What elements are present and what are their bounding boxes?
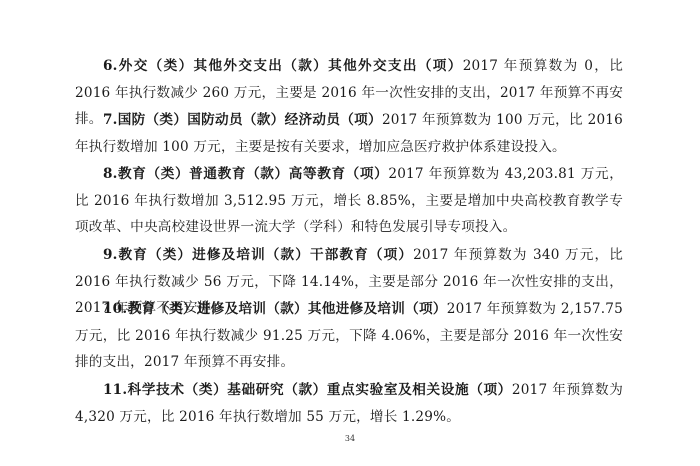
- paragraph-item-10: 10.教育（类）进修及培训（款）其他进修及培训（项）2017 年预算数为 2,1…: [75, 296, 623, 376]
- paragraph-heading: 11.科学技术（类）基础研究（款）重点实验室及相关设施（项）: [103, 382, 512, 398]
- paragraph-heading: 9.教育（类）进修及培训（款）干部教育（项）: [103, 247, 413, 263]
- paragraph-item-7: 7.国防（类）国防动员（款）经济动员（项）2017 年预算数为 100 万元，比…: [75, 107, 623, 160]
- document-page: 6.外交（类）其他外交支出（款）其他外交支出（项）2017 年预算数为 0，比 …: [0, 0, 700, 466]
- paragraph-item-8: 8.教育（类）普通教育（款）高等教育（项）2017 年预算数为 43,203.8…: [75, 161, 623, 241]
- paragraph-heading: 7.国防（类）国防动员（款）经济动员（项）: [103, 112, 382, 128]
- page-number: 34: [0, 434, 700, 443]
- paragraph-heading: 8.教育（类）普通教育（款）高等教育（项）: [103, 166, 388, 182]
- paragraph-heading: 10.教育（类）进修及培训（款）其他进修及培训（项）: [103, 301, 447, 317]
- paragraph-heading: 6.外交（类）其他外交支出（款）其他外交支出（项）: [103, 58, 463, 74]
- paragraph-item-11: 11.科学技术（类）基础研究（款）重点实验室及相关设施（项）2017 年预算数为…: [75, 377, 623, 430]
